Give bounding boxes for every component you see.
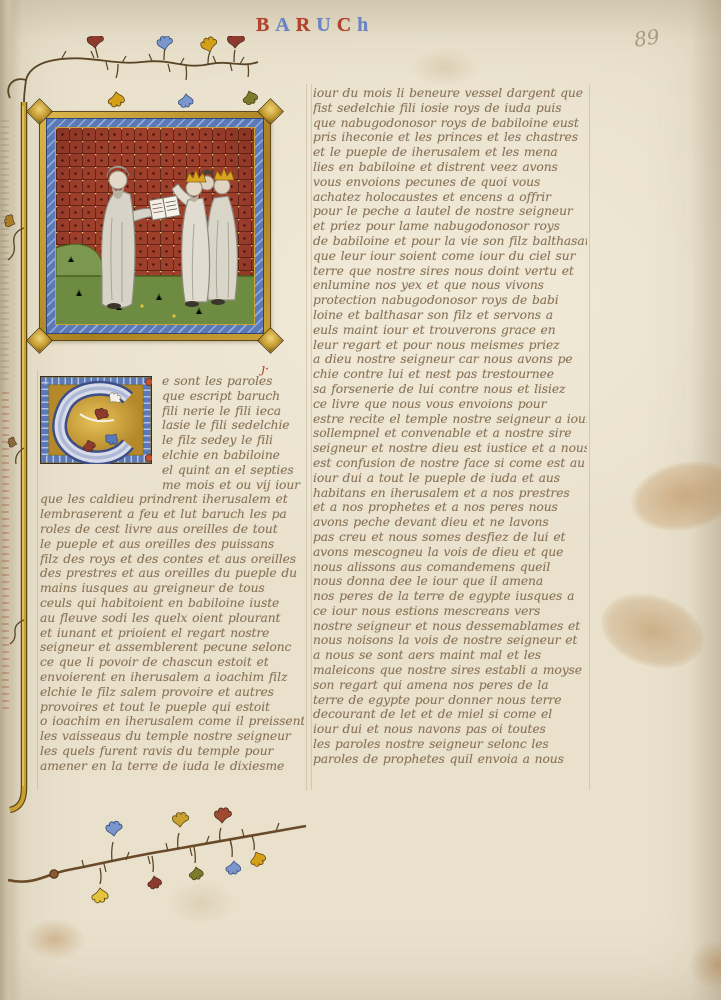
text-line: fist sedelchie fili iosie roys de iuda p… bbox=[313, 101, 587, 116]
text-line: iour dui a tout le pueple de iuda et aus bbox=[313, 471, 587, 486]
text-line: nous donna dee le iour que il amena bbox=[313, 574, 587, 589]
text-line: pour le peche a lautel de nostre seigneu… bbox=[313, 204, 587, 219]
text-line: vous envoions pecunes de quoi vous bbox=[313, 175, 587, 190]
text-line: nostre seigneur et nous dessemablames et bbox=[313, 619, 587, 634]
text-line: decourant de let et de miel si come el bbox=[313, 707, 587, 722]
header-letter: B bbox=[256, 14, 275, 36]
text-line: pris iheconie et les princes et les chas… bbox=[313, 130, 587, 145]
text-line: sa forsenerie de lui contre nous et lisi… bbox=[313, 382, 587, 397]
ruling-line bbox=[589, 84, 590, 790]
text-line: a dieu nostre seigneur car nous avons pe bbox=[313, 352, 587, 367]
text-line: estre recite el temple nostre seigneur a… bbox=[313, 412, 587, 427]
manuscript-page: BARUCh 89 bbox=[0, 0, 721, 1000]
text-line: protection nabugodonosor roys de babi bbox=[313, 293, 587, 308]
running-header: BARUCh bbox=[256, 14, 374, 37]
text-line: de babiloine et pour la vie son filz bal… bbox=[313, 234, 587, 249]
bottom-ivy-vine-icon bbox=[8, 806, 320, 906]
text-line: euls maint iour et trouverons grace en bbox=[313, 323, 587, 338]
header-letter: h bbox=[357, 14, 374, 36]
text-line: achatez holocaustes et encens a offrir bbox=[313, 190, 587, 205]
parchment-stain bbox=[24, 918, 86, 960]
text-line: sollempnel et convenable et a nostre sir… bbox=[313, 426, 587, 441]
text-line: avons peche devant dieu et ne lavons bbox=[313, 515, 587, 530]
text-line: son regart qui amena nos peres de la bbox=[313, 678, 587, 693]
parchment-stain bbox=[688, 940, 721, 990]
folio-number: 89 bbox=[632, 24, 661, 51]
text-line: que nabugodonosor roys de babiloine eust bbox=[313, 116, 587, 131]
ivy-border-icon bbox=[2, 36, 302, 826]
header-letter: A bbox=[275, 14, 295, 36]
text-line: iour du mois li beneure vessel dargent q… bbox=[313, 86, 587, 101]
text-line: paroles de prophetes quil envoia a nous bbox=[313, 752, 587, 767]
text-line: habitans en iherusalem et a nos prestres bbox=[313, 486, 587, 501]
text-line: ce livre que nous vous envoions pour bbox=[313, 397, 587, 412]
text-line: iour dui et nous navons pas oi toutes bbox=[313, 722, 587, 737]
text-line: leur regart et pour nous meismes priez bbox=[313, 338, 587, 353]
parchment-stain bbox=[410, 48, 480, 88]
header-letter: R bbox=[296, 14, 316, 36]
header-letter: C bbox=[337, 14, 357, 36]
text-line: nos peres de la terre de egypte iusques … bbox=[313, 589, 587, 604]
text-line: que leur iour soient come iour du ciel s… bbox=[313, 249, 587, 264]
text-line: terre de egypte pour donner nous terre bbox=[313, 693, 587, 708]
text-line: pas creu et nous somes desfiez de lui et bbox=[313, 530, 587, 545]
text-line: chie contre lui et nest pas trestournee bbox=[313, 367, 587, 382]
text-line: avons mescogneu la vois de dieu et que bbox=[313, 545, 587, 560]
text-line: et le pueple de iherusalem et les mena bbox=[313, 145, 587, 160]
text-line: ce iour nous estions mescreans vers bbox=[313, 604, 587, 619]
text-line: lies en babiloine et distrent veez avons bbox=[313, 160, 587, 175]
text-line: et priez pour lame nabugodonosor roys bbox=[313, 219, 587, 234]
text-line: nous alissons aus comandemens queil bbox=[313, 560, 587, 575]
text-line: loine et balthasar son filz et servons a bbox=[313, 308, 587, 323]
text-line: et a nos prophetes et a nos peres nous bbox=[313, 500, 587, 515]
text-column-right: iour du mois li beneure vessel dargent q… bbox=[313, 86, 587, 767]
text-line: enlumine nos yex et que nous vivons bbox=[313, 278, 587, 293]
text-line: est confusion de nostre face si come est… bbox=[313, 456, 587, 471]
text-line: maleicons que nostre sires establi a moy… bbox=[313, 663, 587, 678]
text-line: seigneur et nostre dieu est iustice et a… bbox=[313, 441, 587, 456]
parchment-stain bbox=[592, 581, 713, 680]
text-line: nous noisons la vois de nostre seigneur … bbox=[313, 633, 587, 648]
text-line: les paroles nostre seigneur selonc les bbox=[313, 737, 587, 752]
header-letter: U bbox=[316, 14, 336, 36]
text-line: a nous se sont aers maint mal et les bbox=[313, 648, 587, 663]
ruling-line bbox=[306, 84, 307, 790]
ruling-line bbox=[311, 84, 312, 790]
text-line: terre que nostre sires nous doint vertu … bbox=[313, 264, 587, 279]
parchment-stain bbox=[624, 451, 721, 540]
